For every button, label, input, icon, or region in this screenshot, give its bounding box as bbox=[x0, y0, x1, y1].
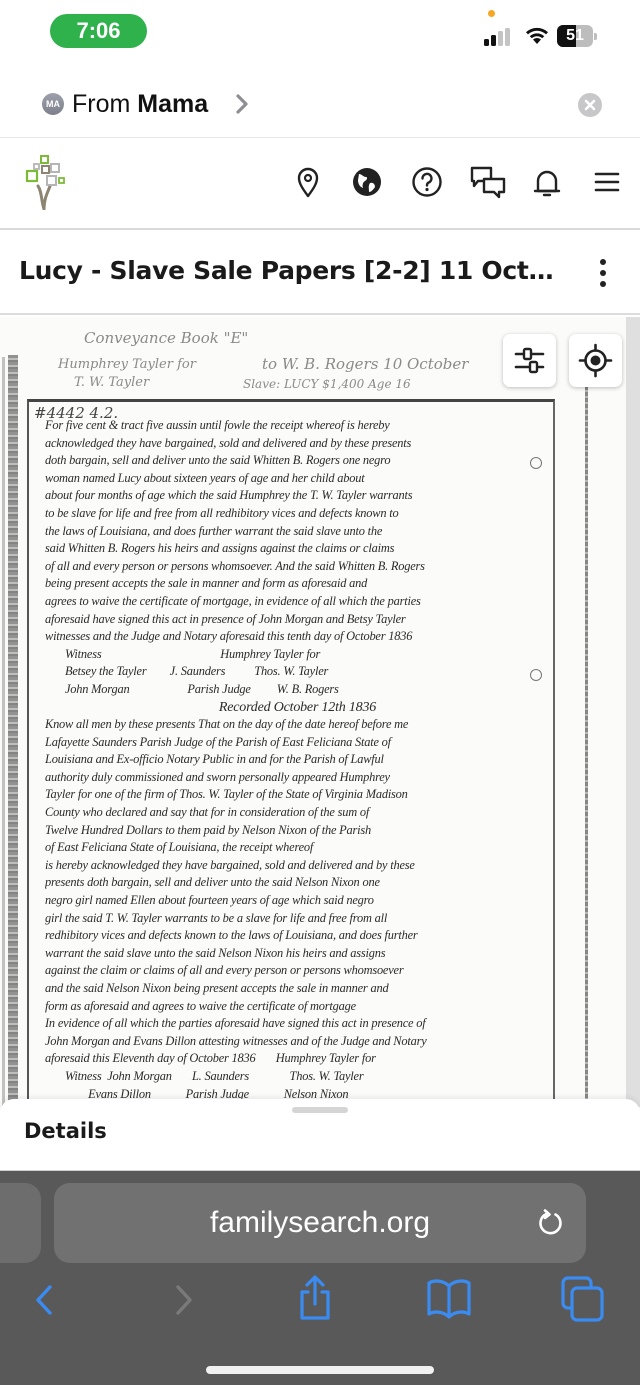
text-line: agrees to waive the certificate of mortg… bbox=[45, 593, 550, 611]
text-line: Witness John Morgan L. Saunders Thos. W.… bbox=[45, 1068, 550, 1086]
details-label[interactable]: Details bbox=[24, 1119, 107, 1143]
previous-tab-preview[interactable] bbox=[0, 1183, 41, 1263]
text-line: Tayler for one of the firm of Thos. W. T… bbox=[45, 786, 550, 804]
punch-hole bbox=[530, 669, 542, 681]
reload-icon[interactable] bbox=[536, 1208, 566, 1238]
text-line: aforesaid have signed this act in presen… bbox=[45, 611, 550, 629]
record-title-bar: Lucy - Slave Sale Papers [2-2] 11 Octobe… bbox=[0, 231, 640, 315]
recorded-line: Recorded October 12th 1836 bbox=[45, 699, 550, 717]
mic-indicator-icon bbox=[488, 10, 495, 17]
url-text[interactable]: familysearch.org bbox=[54, 1183, 586, 1263]
address-bar[interactable]: familysearch.org bbox=[54, 1183, 586, 1263]
text-line: doth bargain, sell and deliver unto the … bbox=[45, 452, 550, 470]
text-line: about four months of age which the said … bbox=[45, 487, 550, 505]
image-viewer[interactable]: Conveyance Book "E" Humphrey Tayler for … bbox=[0, 317, 640, 1107]
bookmarks-icon[interactable] bbox=[425, 1276, 473, 1320]
doc-header-note: Slave: LUCY $1,400 Age 16 bbox=[243, 377, 411, 391]
messages-icon[interactable] bbox=[469, 165, 507, 199]
wifi-icon bbox=[524, 25, 550, 45]
text-line: Lafayette Saunders Parish Judge of the P… bbox=[45, 734, 550, 752]
adjust-sliders-icon bbox=[503, 334, 556, 387]
status-bar: 7:06 51 bbox=[0, 0, 640, 64]
home-indicator[interactable] bbox=[206, 1366, 434, 1374]
text-line: acknowledged they have bargained, sold a… bbox=[45, 435, 550, 453]
sender-avatar: MA bbox=[42, 93, 64, 115]
page-title: Lucy - Slave Sale Papers [2-2] 11 Octobe… bbox=[19, 253, 564, 289]
locate-button[interactable] bbox=[569, 334, 622, 387]
text-line: the laws of Louisiana, and does further … bbox=[45, 523, 550, 541]
text-line: Betsey the Tayler J. Saunders Thos. W. T… bbox=[45, 663, 550, 681]
text-line: negro girl named Ellen about fourteen ye… bbox=[45, 892, 550, 910]
text-line: against the claim or claims of all and e… bbox=[45, 962, 550, 980]
tabs-icon[interactable] bbox=[560, 1275, 606, 1323]
text-line: Witness Humphrey Tayler for bbox=[45, 646, 550, 664]
close-icon bbox=[578, 93, 602, 117]
text-line: Louisiana and Ex-officio Notary Public i… bbox=[45, 751, 550, 769]
locate-target-icon bbox=[569, 334, 622, 387]
punch-hole bbox=[530, 457, 542, 469]
text-line: warrant the said slave unto the said Nel… bbox=[45, 945, 550, 963]
text-line: being present accepts the sale in manner… bbox=[45, 575, 550, 593]
forward-icon[interactable] bbox=[160, 1278, 204, 1322]
location-pin-icon[interactable] bbox=[291, 165, 325, 199]
help-icon[interactable] bbox=[410, 165, 444, 199]
text-line: of all and every person or persons whoms… bbox=[45, 558, 550, 576]
share-icon[interactable] bbox=[292, 1274, 338, 1322]
text-line: For five cent & tract five aussin until … bbox=[45, 417, 550, 435]
browser-toolbar: familysearch.org bbox=[0, 1171, 640, 1385]
cellular-signal-icon bbox=[484, 28, 514, 46]
battery-icon: 51 bbox=[557, 25, 597, 47]
chevron-right-icon[interactable] bbox=[233, 93, 251, 115]
drawer-handle[interactable] bbox=[292, 1107, 348, 1113]
text-line: of East Feliciana State of Louisiana, th… bbox=[45, 839, 550, 857]
text-line: girl the said T. W. Tayler warrants to b… bbox=[45, 910, 550, 928]
details-drawer[interactable]: Details bbox=[0, 1099, 640, 1171]
familysearch-tree-logo[interactable] bbox=[24, 154, 68, 210]
doc-header-note: to W. B. Rogers 10 October bbox=[262, 355, 468, 373]
text-line: and the said Nelson Nixon being present … bbox=[45, 980, 550, 998]
from-prefix: From bbox=[72, 90, 130, 118]
text-line: In evidence of all which the parties afo… bbox=[45, 1015, 550, 1033]
close-banner-button[interactable] bbox=[578, 93, 602, 117]
text-line: said Whitten B. Rogers his heirs and ass… bbox=[45, 540, 550, 558]
doc-header-note: Conveyance Book "E" bbox=[84, 329, 248, 347]
text-line: form as aforesaid and agrees to waive th… bbox=[45, 998, 550, 1016]
status-time[interactable]: 7:06 bbox=[50, 14, 147, 48]
scrollbar[interactable] bbox=[626, 317, 640, 1107]
page-edge-right bbox=[585, 362, 588, 1107]
back-icon[interactable] bbox=[24, 1278, 68, 1322]
text-line: authority duly commissioned and sworn pe… bbox=[45, 769, 550, 787]
notifications-bell-icon[interactable] bbox=[530, 165, 564, 199]
text-line: redhibitory vices and defects known to t… bbox=[45, 927, 550, 945]
text-line: John Morgan and Evans Dillon attesting w… bbox=[45, 1033, 550, 1051]
handwritten-text: For five cent & tract five aussin until … bbox=[45, 417, 550, 1107]
menu-icon[interactable] bbox=[590, 165, 624, 199]
battery-level: 51 bbox=[557, 25, 593, 47]
doc-header-note: T. W. Tayler bbox=[74, 375, 149, 390]
text-line: John Morgan Parish Judge W. B. Rogers bbox=[45, 681, 550, 699]
text-line: Twelve Hundred Dollars to them paid by N… bbox=[45, 822, 550, 840]
text-line: woman named Lucy about sixteen years of … bbox=[45, 470, 550, 488]
sender-name: Mama bbox=[137, 90, 208, 118]
document-image[interactable]: Conveyance Book "E" Humphrey Tayler for … bbox=[0, 317, 626, 1107]
shared-from-banner[interactable]: MA From Mama bbox=[0, 64, 640, 138]
text-line: aforesaid this Eleventh day of October 1… bbox=[45, 1050, 550, 1068]
globe-icon[interactable] bbox=[350, 165, 384, 199]
site-header bbox=[0, 138, 640, 230]
text-line: is hereby acknowledged they have bargain… bbox=[45, 857, 550, 875]
text-line: Know all men by these presents That on t… bbox=[45, 716, 550, 734]
text-line: County who declared and say that for in … bbox=[45, 804, 550, 822]
binding-strip bbox=[8, 355, 18, 1107]
more-options-button[interactable] bbox=[590, 256, 616, 290]
text-line: presents doth bargain, sell and deliver … bbox=[45, 874, 550, 892]
shared-from-label[interactable]: From Mama bbox=[72, 88, 208, 120]
doc-header-note: Humphrey Tayler for bbox=[58, 357, 196, 372]
image-adjust-button[interactable] bbox=[503, 334, 556, 387]
text-line: witnesses and the Judge and Notary afore… bbox=[45, 628, 550, 646]
text-line: to be slave for life and free from all r… bbox=[45, 505, 550, 523]
page-edge bbox=[2, 357, 5, 1107]
